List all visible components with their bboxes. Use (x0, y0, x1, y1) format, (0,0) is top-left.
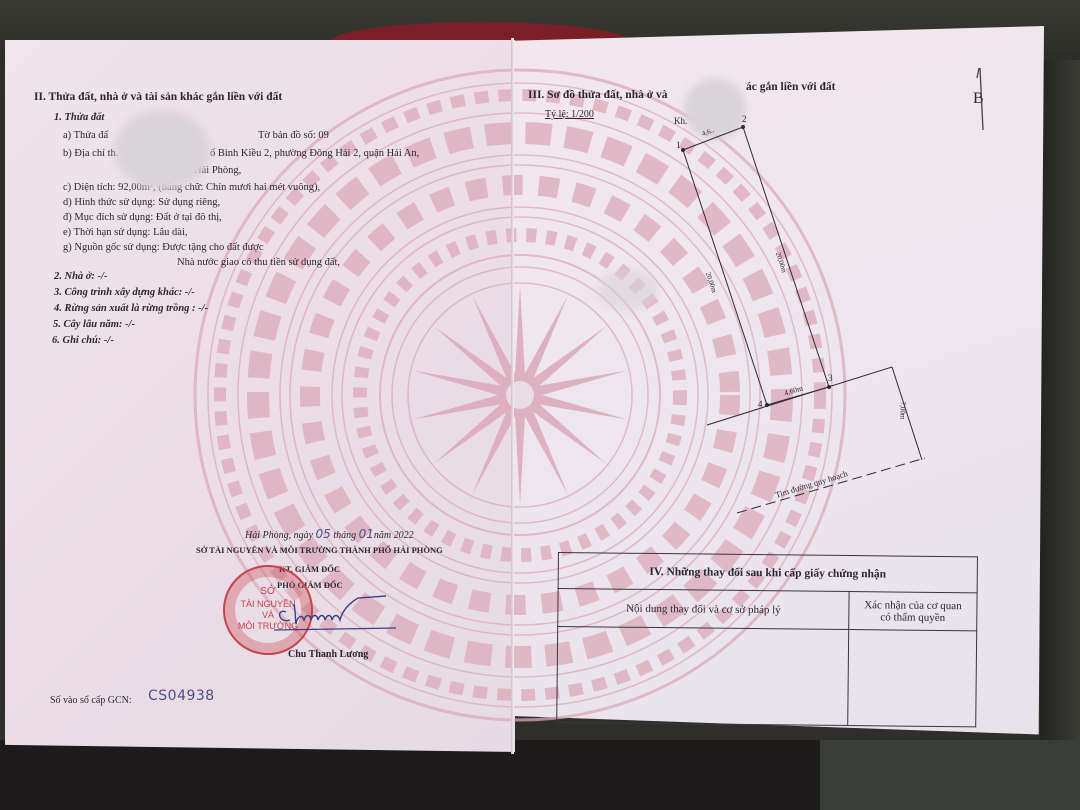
redacted-area (115, 110, 210, 190)
place-date-prefix: Hải Phòng, ngày (245, 530, 313, 541)
north-label: B (973, 92, 984, 105)
changes-col-confirmation: Xác nhận của cơ quan có thẩm quyền (849, 592, 977, 631)
page-fold (511, 38, 514, 754)
kh-label: Kh. (674, 115, 687, 128)
confirmation-line-1: Xác nhận của cơ quan (849, 599, 976, 612)
changes-confirmation-cell (848, 630, 977, 727)
registry-label: Số vào sổ cấp GCN: (50, 694, 132, 707)
address-prefix: b) Địa chỉ th. (63, 147, 118, 160)
address-rest: ố Bình Kiều 2, phường Đông Hải 2, quận H… (210, 147, 419, 160)
item-other-construction: 3. Công trình xây dựng khác: -/- (54, 286, 195, 299)
issue-day: 05 (316, 527, 331, 541)
section-iii-title-prefix: III. Sơ đồ thửa đất, nhà ở và (528, 89, 667, 102)
usage-origin-line2: Nhà nước giao có thu tiền sử dụng đất, (177, 256, 340, 269)
usage-term: e) Thời hạn sử dụng: Lâu dài, (63, 226, 187, 239)
month-label: tháng (333, 530, 356, 541)
agency-name: SỞ TÀI NGUYÊN VÀ MÔI TRƯỜNG THÀNH PHỐ HẢ… (196, 544, 443, 557)
changes-table-title: IV. Những thay đổi sau khi cấp giấy chứn… (558, 553, 977, 593)
vertex-2: 2 (742, 113, 747, 126)
item-perennial-trees: 5. Cây lâu năm: -/- (53, 318, 135, 331)
background-right (1040, 60, 1080, 760)
redacted-area (684, 78, 746, 140)
vertex-1: 1 (676, 139, 681, 152)
changes-col-content: Nội dung thay đổi và cơ sở pháp lý (558, 589, 849, 630)
vertex-4: 4 (758, 398, 763, 411)
usage-form: d) Hình thức sử dụng: Sử dụng riêng, (63, 196, 220, 209)
land-parcel-field: a) Thửa đấ (63, 129, 108, 142)
section-iii-title-suffix: ác gắn liền với đất (746, 81, 835, 94)
redacted-area (598, 270, 658, 310)
changes-table: IV. Những thay đổi sau khi cấp giấy chứn… (556, 552, 978, 727)
background-floor (820, 740, 1080, 810)
land-area: c) Diện tích: 92,00m², (bằng chữ: Chín m… (63, 181, 320, 194)
issue-month: 01 (359, 527, 374, 541)
item-production-forest: 4. Rừng sản xuất là rừng trồng : -/- (54, 302, 208, 315)
usage-origin: g) Nguồn gốc sử dụng: Được tặng cho đất … (63, 241, 264, 254)
registry-number: CS04938 (148, 690, 215, 703)
map-scale: Tỷ lệ: 1/200 (545, 108, 594, 121)
map-sheet-number: Tờ bản đồ số: 09 (258, 129, 329, 142)
section-ii-title: II. Thửa đất, nhà ở và tài sản khác gắn … (34, 91, 282, 104)
changes-content-cell (557, 627, 849, 726)
signer-name: Chu Thanh Lương (288, 648, 368, 661)
place-date: Hải Phòng, ngày 05 tháng 01năm 2022 (245, 528, 414, 542)
usage-purpose: đ) Mục đích sử dụng: Đất ở tại đô thị, (63, 211, 222, 224)
item-house: 2. Nhà ở: -/- (54, 270, 107, 283)
road-offset: 7,00m (895, 402, 908, 420)
land-heading: 1. Thửa đất (54, 111, 104, 124)
confirmation-line-2: có thẩm quyền (849, 611, 976, 624)
signature-scribble (268, 590, 398, 638)
year-label: năm 2022 (374, 530, 414, 541)
vertex-3: 3 (828, 372, 833, 385)
item-notes: 6. Ghi chú: -/- (52, 334, 114, 347)
